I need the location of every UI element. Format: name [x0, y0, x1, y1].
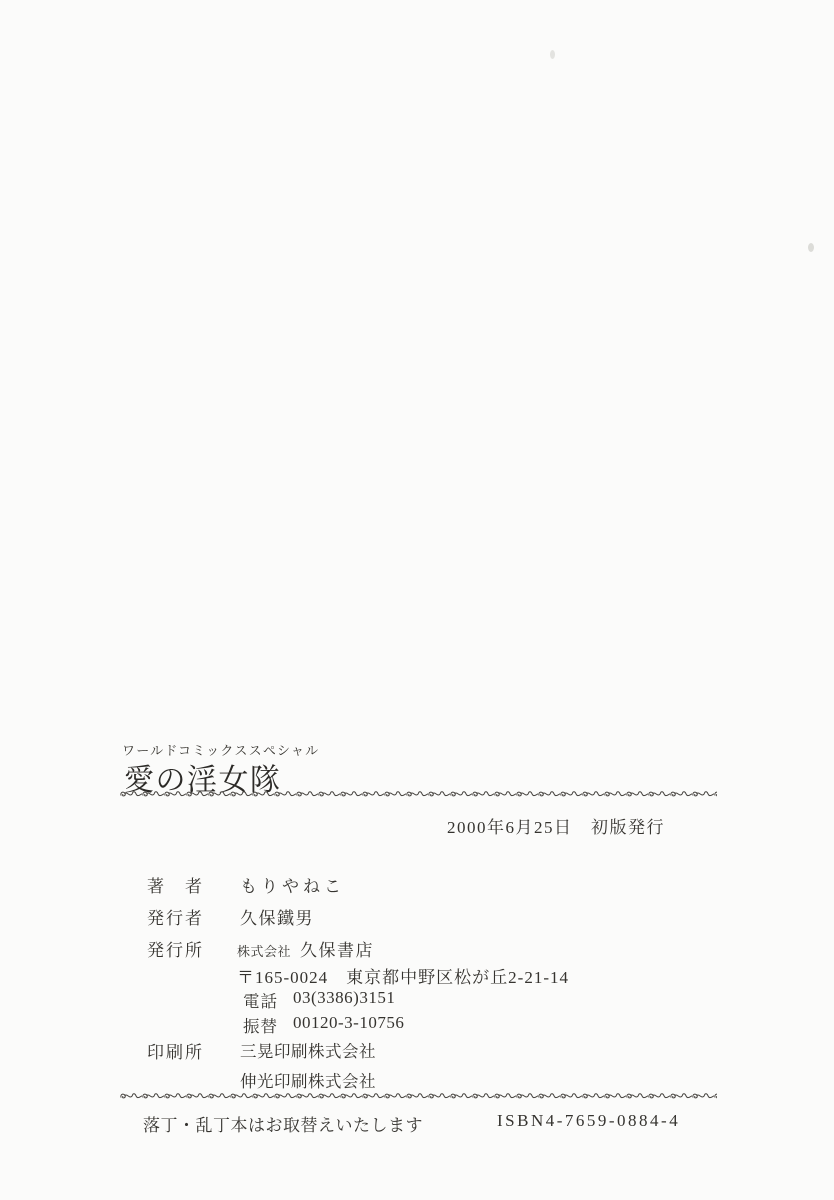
defect-exchange-notice: 落丁・乱丁本はお取替えいたします [143, 1111, 423, 1136]
scan-speck [550, 50, 555, 59]
publishing-house-corp-prefix: 株式会社 [237, 941, 291, 960]
ornament-divider-bottom [120, 1091, 717, 1103]
publishing-house-label: 発行所 [147, 936, 204, 961]
publisher-value: 久保鐵男 [240, 904, 314, 929]
author-label: 著 者 [147, 872, 204, 897]
isbn-number: ISBN4-7659-0884-4 [497, 1111, 680, 1131]
phone-label: 電話 [243, 988, 278, 1012]
postal-transfer-label: 振替 [243, 1013, 278, 1037]
publisher-address: 〒165-0024 東京都中野区松が丘2-21-14 [237, 963, 569, 988]
printer-company-2: 伸光印刷株式会社 [240, 1068, 376, 1092]
phone-number: 03(3386)3151 [293, 988, 395, 1008]
colophon-page: ワールドコミックススペシャル 愛の淫女隊 2000年6月25日 初版発行 著 者… [0, 0, 834, 1200]
ornament-divider-top [120, 789, 717, 801]
printer-label: 印刷所 [147, 1038, 204, 1063]
publisher-label: 発行者 [147, 904, 204, 929]
scan-speck [808, 243, 814, 252]
author-value: もりやねこ [240, 872, 345, 897]
publishing-house-name: 久保書店 [300, 936, 374, 961]
postal-transfer-number: 00120-3-10756 [293, 1013, 404, 1033]
edition-date: 2000年6月25日 初版発行 [447, 813, 665, 838]
printer-company-1: 三晃印刷株式会社 [240, 1038, 376, 1062]
